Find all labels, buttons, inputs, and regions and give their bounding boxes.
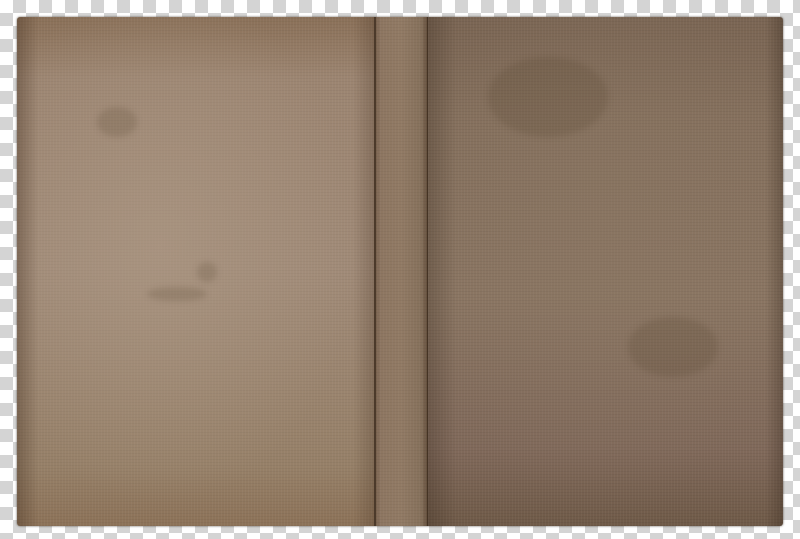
stain-mark [147, 287, 207, 301]
stain-mark [488, 57, 608, 137]
back-cover [17, 17, 374, 526]
book-spine [374, 17, 428, 526]
spine-hinge-left [374, 17, 376, 526]
front-cover [428, 17, 783, 526]
stain-mark [97, 107, 137, 137]
stain-mark [628, 317, 718, 377]
open-book-cover [17, 17, 783, 526]
stain-mark [197, 262, 217, 282]
